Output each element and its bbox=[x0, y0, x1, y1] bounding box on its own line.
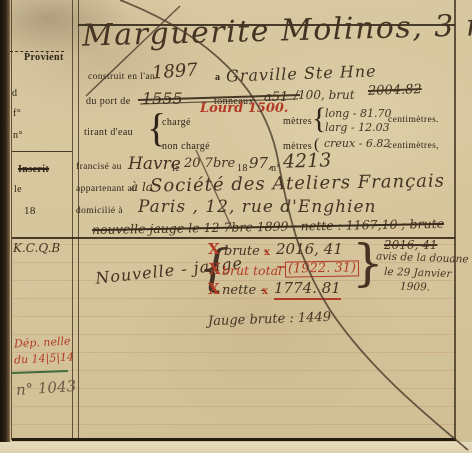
margin-year-prefix: 18 bbox=[24, 205, 36, 217]
unloaded-label: non chargé bbox=[162, 141, 210, 152]
francise-label: francisé au bbox=[76, 162, 122, 172]
per-100-brut-label: /100, brut bbox=[294, 89, 355, 102]
registration-date: 20 7bre bbox=[184, 157, 235, 171]
red-x-mark-3: X bbox=[208, 281, 220, 298]
year-print-prefix: 18 bbox=[237, 163, 248, 174]
brute-label: brute - bbox=[224, 245, 268, 259]
brut-total-label: brut total bbox=[222, 264, 282, 278]
depth-value: creux - 6.82 bbox=[324, 138, 390, 150]
margin-label-provient: Provient bbox=[24, 52, 64, 63]
margin-label-le: le bbox=[14, 184, 22, 195]
width-value: larg - 12.03 bbox=[325, 122, 390, 134]
built-label: construit en l'an bbox=[88, 72, 155, 82]
nette-label: nette - bbox=[222, 284, 265, 298]
margin-label-d: d bbox=[12, 88, 17, 99]
nette-value: 1774. 81 bbox=[274, 280, 341, 300]
built-place: Graville Ste Hne bbox=[226, 62, 377, 85]
built-year: 1897 bbox=[151, 60, 198, 83]
margin-label-folio: f° bbox=[13, 108, 21, 119]
appartenant-label: appartenant au bbox=[76, 184, 137, 194]
year-hand-suffix: 97, bbox=[249, 155, 273, 172]
red-tonnage-correction: Lourd 1500. bbox=[200, 102, 288, 116]
centimetres-bottom-label: centimètres, bbox=[388, 141, 439, 151]
port-label: du port de bbox=[86, 96, 131, 107]
customs-note-line2: le 29 Janvier bbox=[384, 267, 452, 281]
centimetres-top-label: centimètres. bbox=[388, 115, 439, 125]
owner-name: Société des Ateliers Français bbox=[150, 171, 445, 196]
loaded-label: chargé bbox=[162, 117, 191, 128]
bottom-rule bbox=[12, 438, 456, 441]
margin-label-numero: n° bbox=[13, 130, 23, 141]
right-border-rule bbox=[454, 0, 456, 441]
old-brut-value: 2004.82 bbox=[368, 83, 422, 99]
margin-column-rule bbox=[72, 0, 73, 440]
length-value: long - 81.70 bbox=[325, 108, 391, 120]
red-x-small-2: x bbox=[262, 286, 268, 297]
next-page-edge bbox=[0, 442, 472, 453]
depeche-number: n° 1043 bbox=[15, 378, 76, 399]
brute-value: 2016, 41 bbox=[276, 241, 343, 258]
red-x-small-1: x bbox=[264, 247, 270, 258]
registration-number: 4213 bbox=[283, 150, 332, 173]
le-label: le bbox=[172, 163, 180, 174]
ship-name: Marguerite Molinos, 3 my bbox=[82, 8, 472, 52]
customs-note-line3: 1909. bbox=[400, 281, 430, 294]
margin-section-rule bbox=[12, 151, 72, 152]
red-x-mark-2: X bbox=[209, 261, 221, 278]
main-column-rule bbox=[78, 0, 79, 440]
red-x-mark-1: X bbox=[208, 241, 220, 258]
signal-code: K.C.Q.B bbox=[13, 242, 60, 255]
margin-label-inscrit: Inscrit bbox=[18, 164, 49, 175]
domicilie-label: domicilié à bbox=[76, 206, 123, 216]
built-at-label: a bbox=[215, 72, 220, 83]
brut-total-value: (1922. 31) bbox=[285, 260, 359, 278]
draft-label: tirant d'eau bbox=[84, 127, 133, 138]
metres-top-label: mètres bbox=[283, 116, 312, 127]
registry-document-page: Provient d f° n° Inscrit le 18 K.C.Q.B D… bbox=[0, 0, 472, 453]
old-gauge-struck-line: nouvelle jauge le 12 7bre 1899 : nette :… bbox=[92, 217, 444, 237]
binding-edge bbox=[0, 0, 10, 453]
owner-address: Paris , 12, rue d'Enghien bbox=[138, 198, 376, 217]
